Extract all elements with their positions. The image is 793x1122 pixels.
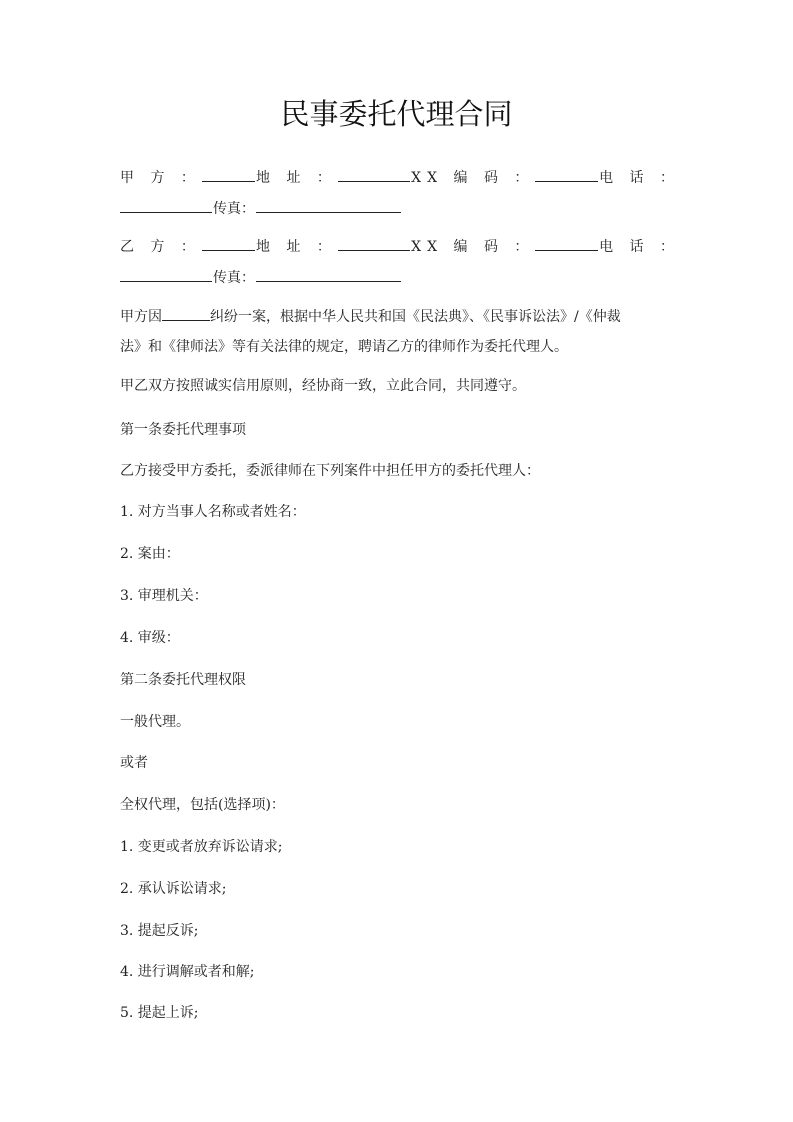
preamble-suffix: 纠纷一案，根据中华人民共和国《民法典》、《民事诉讼法》/《仲裁	[210, 307, 621, 327]
preamble-prefix: 甲方因	[120, 307, 162, 327]
party-b-fax-field[interactable]	[256, 267, 401, 282]
article-2-or: 或者	[120, 753, 680, 773]
preamble-line-2: 法》和《律师法》等有关法律的规定，聘请乙方的律师作为委托代理人。	[120, 337, 680, 357]
party-a-address-field[interactable]	[338, 167, 410, 182]
document-page: 民事委托代理合同 甲 方 ： 地 址 ： XX 编 码 ： 电 话 ： 传真： …	[0, 0, 793, 1122]
party-b-line: 乙 方 ： 地 址 ： XX 编 码 ： 电 话 ：	[120, 236, 680, 257]
article-2-full-intro: 全权代理，包括(选择项)：	[120, 795, 680, 815]
article-2-item-5: 5. 提起上诉;	[120, 1003, 680, 1023]
article-2-item-2: 2. 承认诉讼请求;	[120, 879, 680, 899]
article-1-intro: 乙方接受甲方委托，委派律师在下列案件中担任甲方的委托代理人：	[120, 461, 680, 481]
dispute-type-field[interactable]	[162, 306, 210, 321]
preamble-line-1: 甲方因纠纷一案，根据中华人民共和国《民法典》、《民事诉讼法》/《仲裁	[120, 306, 680, 327]
article-1-item-4: 4. 审级：	[120, 628, 680, 648]
article-2-heading: 第二条委托代理权限	[120, 670, 680, 690]
article-1-heading: 第一条委托代理事项	[120, 420, 680, 440]
article-1-item-1: 1. 对方当事人名称或者姓名：	[120, 502, 680, 522]
party-a-fax-label: 传真：	[213, 199, 255, 219]
party-a-line-2: 传真：	[120, 198, 680, 219]
party-b-address-field[interactable]	[338, 236, 410, 251]
party-a-code-field[interactable]	[535, 167, 598, 182]
document-title: 民事委托代理合同	[0, 94, 793, 134]
party-a-fax-field[interactable]	[256, 198, 401, 213]
article-2-item-3: 3. 提起反诉;	[120, 921, 680, 941]
party-b-phone-field[interactable]	[120, 267, 212, 282]
article-1-item-2: 2. 案由：	[120, 544, 680, 564]
party-a-name-field[interactable]	[202, 167, 255, 182]
article-1-item-3: 3. 审理机关：	[120, 586, 680, 606]
party-a-phone-label: 电 话 ：	[599, 168, 680, 188]
party-a-address-label: 地 址 ：	[256, 168, 337, 188]
party-b-code-field[interactable]	[535, 236, 598, 251]
party-a-code-label: XX 编 码 ：	[411, 168, 534, 188]
party-b-label: 乙 方 ：	[120, 237, 201, 257]
party-b-fax-label: 传真：	[213, 268, 255, 288]
party-b-name-field[interactable]	[202, 236, 255, 251]
article-2-item-4: 4. 进行调解或者和解;	[120, 962, 680, 982]
article-2-item-1: 1. 变更或者放弃诉讼请求;	[120, 837, 680, 857]
article-2-general: 一般代理。	[120, 712, 680, 732]
party-b-address-label: 地 址 ：	[256, 237, 337, 257]
party-a-line: 甲 方 ： 地 址 ： XX 编 码 ： 电 话 ：	[120, 167, 680, 188]
party-a-phone-field[interactable]	[120, 198, 212, 213]
party-b-line-2: 传真：	[120, 267, 680, 288]
party-b-code-label: XX 编 码 ：	[411, 237, 534, 257]
party-b-phone-label: 电 话 ：	[599, 237, 680, 257]
party-a-label: 甲 方 ：	[120, 168, 201, 188]
agreement-text: 甲乙双方按照诚实信用原则，经协商一致，立此合同，共同遵守。	[120, 376, 680, 396]
